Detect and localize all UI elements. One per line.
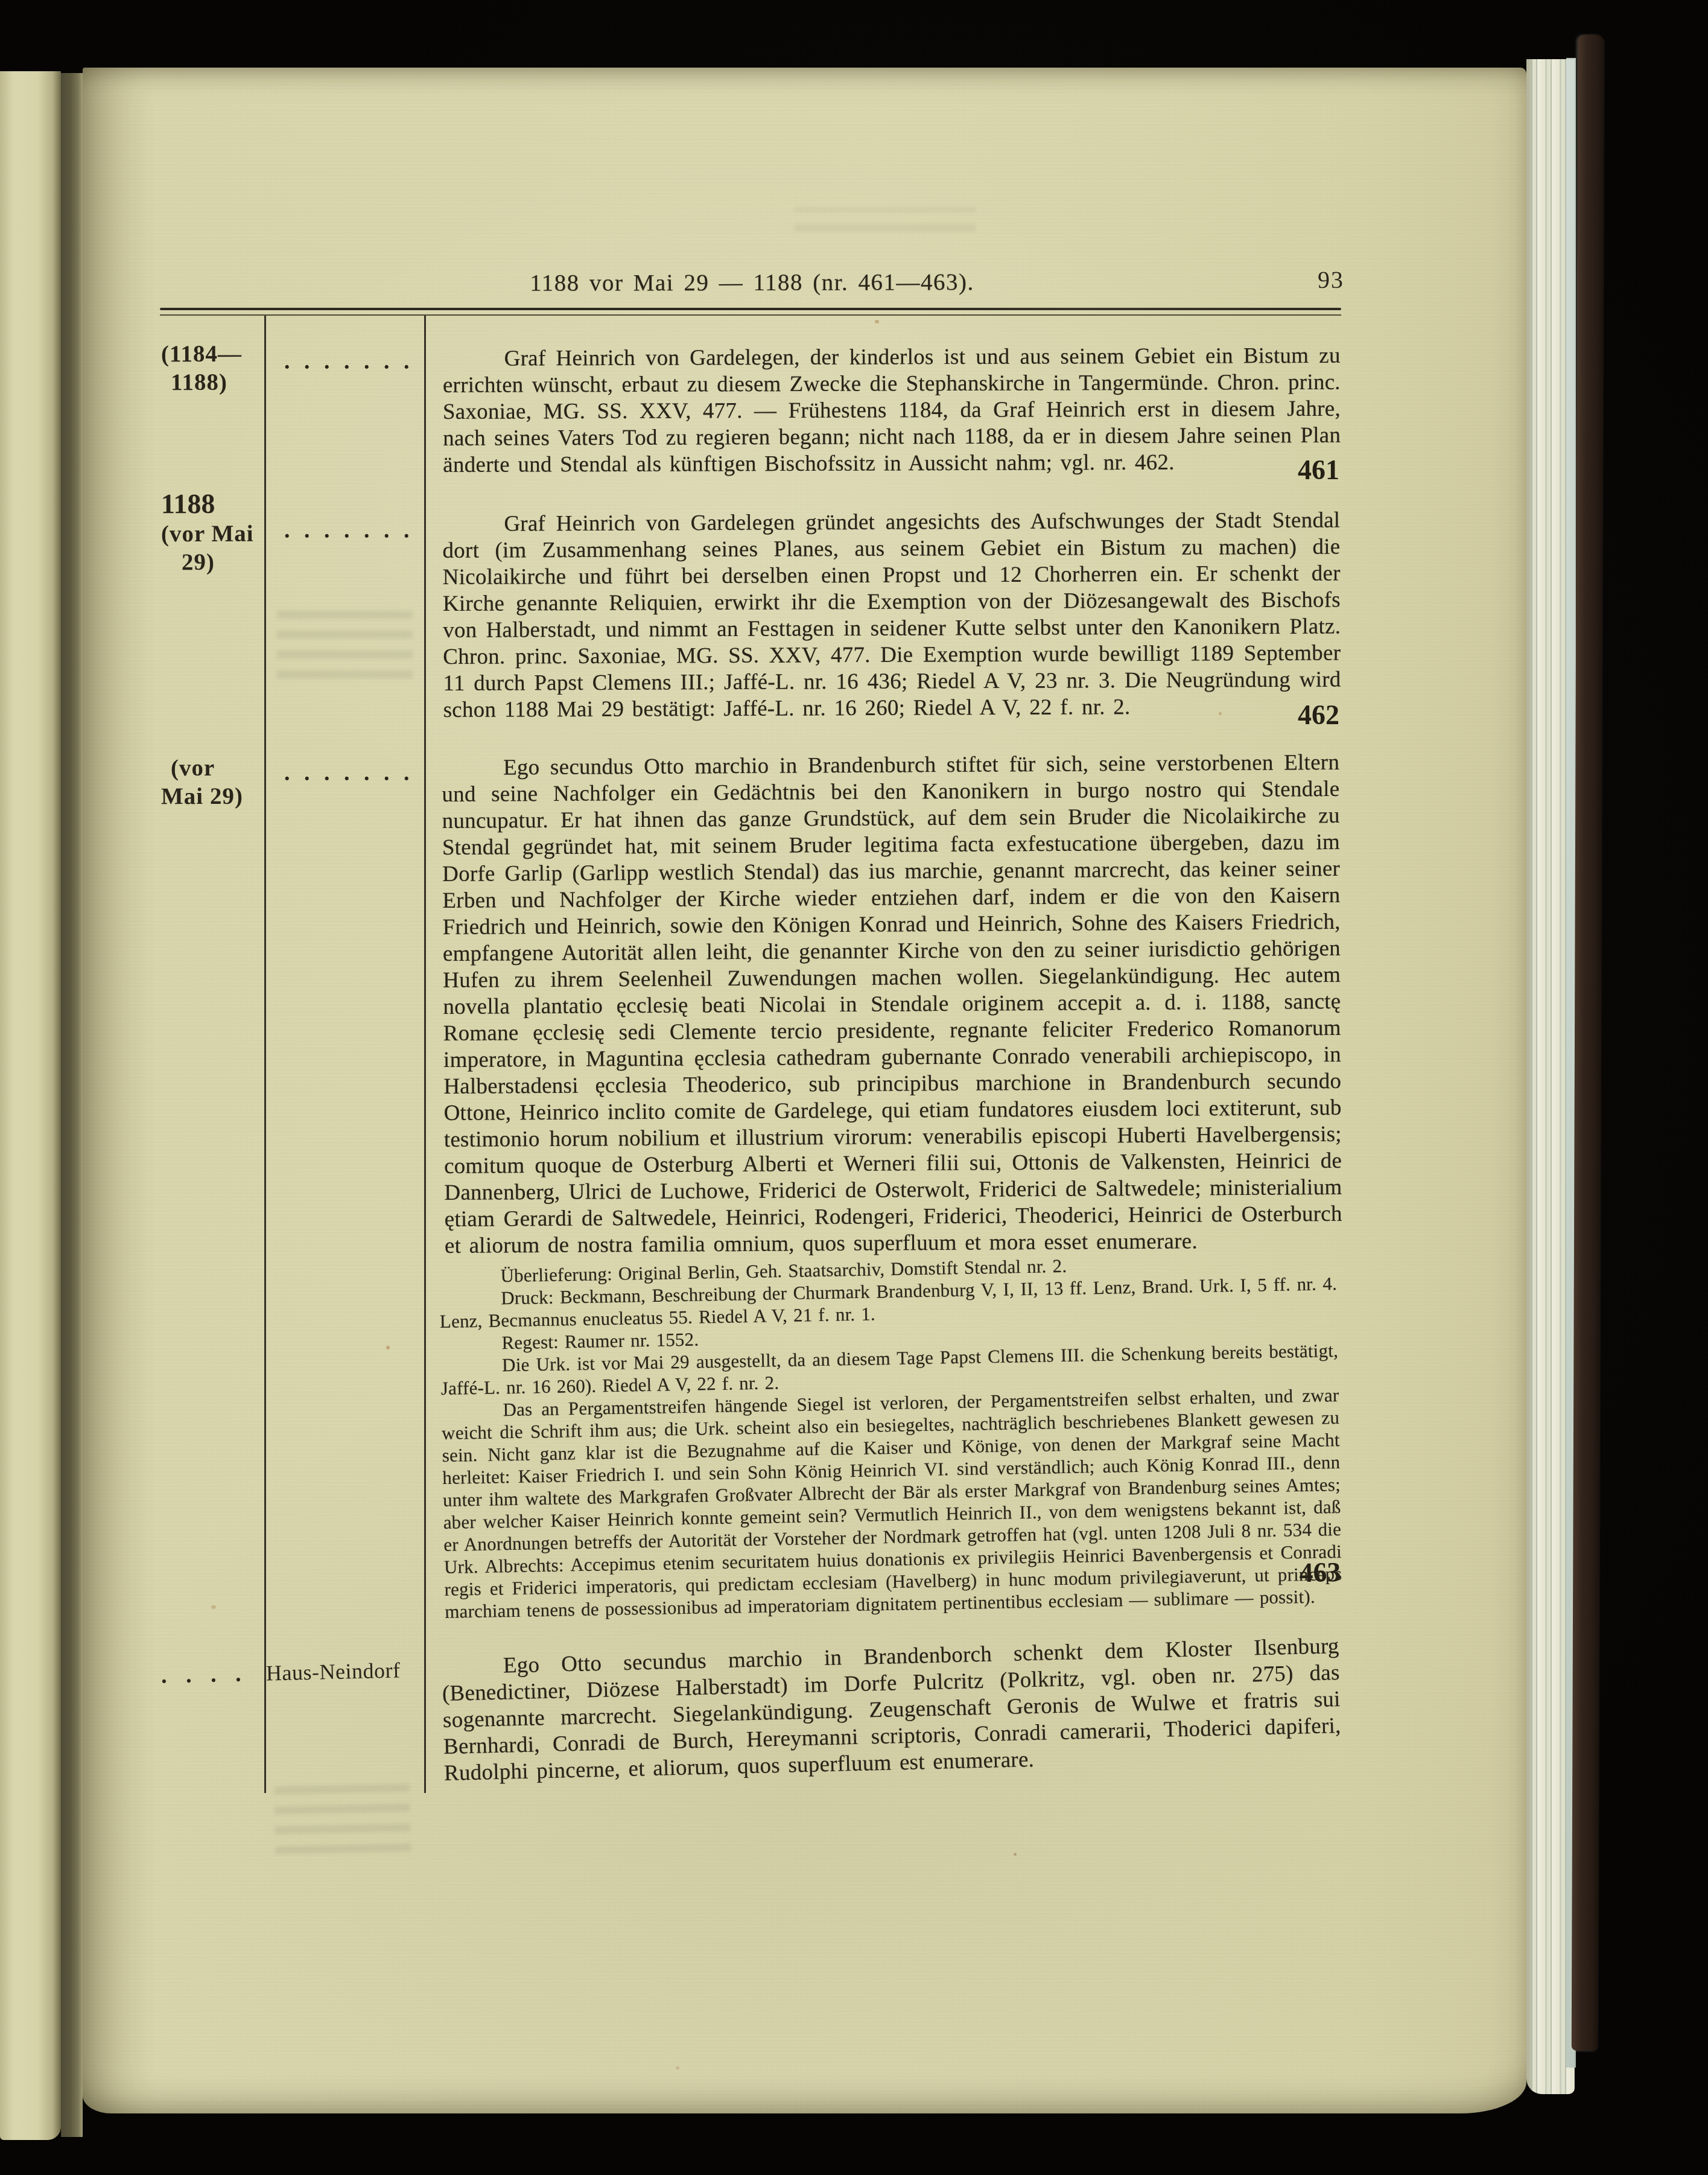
- margin-date-line: (1184—: [161, 340, 259, 369]
- entry-text: Ego Otto secundus marchio in Brandenborc…: [441, 1633, 1342, 1787]
- placeholder-dots: . . . . . . .: [284, 517, 414, 544]
- apparatus-commentary: Das an Pergamentstreifen hängende Siegel…: [441, 1384, 1342, 1623]
- entry-number: 463: [1299, 1556, 1341, 1588]
- margin-date-cell: . . . .: [160, 1630, 264, 1793]
- regest-entry-last: . . . . Haus-Neindorf Ego Otto secundus …: [160, 1630, 1344, 1793]
- margin-dots-cell: . . . . . . .: [264, 487, 424, 733]
- entry-text: Graf Heinrich von Gardelegen gründet ang…: [442, 508, 1341, 724]
- book-page: 1188 vor Mai 29 — 1188 (nr. 461—463). 93…: [83, 68, 1526, 2113]
- entry-body-cell: Graf Heinrich von Gardelegen, der kinder…: [424, 316, 1344, 487]
- placeholder-dots: . . . .: [161, 1660, 248, 1689]
- margin-dots-cell: . . . . . . .: [264, 316, 424, 487]
- margin-date-line: Mai 29): [161, 782, 259, 811]
- running-head: 1188 vor Mai 29 — 1188 (nr. 461—463).: [160, 268, 1344, 298]
- margin-date-line: 1188): [161, 368, 259, 397]
- entry-text: Ego secundus Otto marchio in Brandenburc…: [442, 750, 1342, 1259]
- page-content: 1188 vor Mai 29 — 1188 (nr. 461—463). 93…: [83, 68, 1526, 1793]
- margin-date-line: (vor: [161, 754, 259, 783]
- entry-body-cell: Graf Heinrich von Gardelegen gründet ang…: [424, 487, 1344, 733]
- regest-entry-463: (vor Mai 29) . . . . . . . Ego secundus …: [160, 733, 1344, 1630]
- margin-date-cell: (1184— 1188): [160, 316, 264, 487]
- entry-number: 461: [1298, 454, 1339, 486]
- margin-dots-cell: . . . . . . .: [264, 733, 424, 1630]
- margin-year: 1188: [161, 488, 259, 520]
- margin-date-line: (vor Mai: [161, 520, 259, 549]
- margin-place-name: Haus-Neindorf: [266, 1657, 401, 1686]
- entry-number: 462: [1298, 699, 1339, 731]
- entry-body-cell: Ego Otto secundus marchio in Brandenborc…: [424, 1630, 1344, 1793]
- critical-apparatus: Überlieferung: Original Berlin, Geh. Sta…: [439, 1250, 1342, 1623]
- regesta-table: (1184— 1188) . . . . . . . Graf Heinrich…: [160, 316, 1344, 1793]
- book-scan: 1188 vor Mai 29 — 1188 (nr. 461—463). 93…: [0, 0, 1708, 2175]
- placeholder-dots: . . . . . . .: [284, 348, 414, 375]
- margin-date-cell: (vor Mai 29): [160, 733, 264, 1630]
- page-header: 1188 vor Mai 29 — 1188 (nr. 461—463). 93: [160, 268, 1344, 302]
- book-cover-edge: [1572, 35, 1604, 2051]
- entry-body-cell: Ego secundus Otto marchio in Brandenburc…: [424, 733, 1344, 1630]
- margin-place-cell: Haus-Neindorf: [264, 1630, 424, 1793]
- margin-date-line: 29): [161, 548, 259, 577]
- foxing-spot: [676, 2066, 679, 2069]
- placeholder-dots: . . . . . . .: [284, 760, 414, 786]
- page-number: 93: [1318, 266, 1344, 294]
- entry-text: Graf Heinrich von Gardelegen, der kinder…: [443, 343, 1341, 479]
- rule-line-thick: [160, 308, 1341, 310]
- margin-date-cell: 1188 (vor Mai 29): [160, 487, 264, 733]
- regest-entry-461: (1184— 1188) . . . . . . . Graf Heinrich…: [160, 316, 1344, 487]
- facing-page-edge: [0, 71, 61, 2140]
- book-gutter: [61, 73, 83, 2137]
- foxing-spot: [1014, 1853, 1017, 1856]
- regest-entry-462: 1188 (vor Mai 29) . . . . . . . Graf Hei…: [160, 487, 1344, 733]
- header-rule: [160, 308, 1341, 316]
